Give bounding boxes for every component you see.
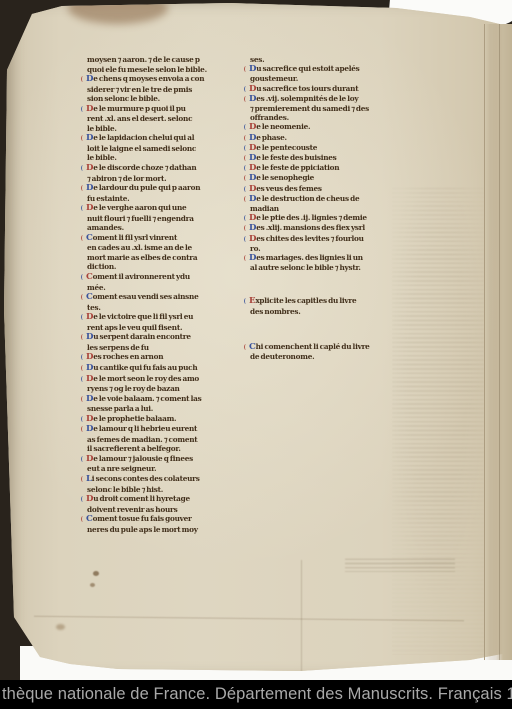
manuscript-line: fu estainte. [87,194,251,204]
manuscript-line: neres du pule aps le mort moy [87,525,251,535]
pen-flourish [81,294,85,300]
pen-flourish [81,476,85,482]
manuscript-line: ro. [250,244,394,253]
text-column-left: moysen ⁊ aaron. ⁊ de le cause pquoi ele … [87,55,251,534]
manuscript-line: Des chites des levites ⁊ fourlou [250,234,394,244]
colored-initial: D [249,153,256,163]
manuscript-line: Coment esau vendi ses ainsne [87,292,251,303]
pen-flourish [244,165,248,171]
pen-flourish [244,135,248,141]
colored-initial: D [86,352,93,362]
pen-flourish [81,516,85,522]
manuscript-line: sion selonc le bible. [87,94,251,104]
colored-initial: E [249,296,255,306]
manuscript-line: De le feste des buisines [250,153,394,163]
colored-initial: D [249,234,256,244]
manuscript-line: mort marie as elbes de contra [87,253,251,263]
pen-flourish [244,298,248,304]
pen-flourish [81,135,85,141]
colored-initial: D [249,94,256,104]
manuscript-line: Explicite les capitles du livre [250,296,394,306]
colored-initial: D [249,133,256,143]
manuscript-line: De le victoire que li fil ysrl eu [87,312,251,323]
colored-initial: C [86,514,93,524]
pen-flourish [244,155,248,161]
pen-flourish [81,76,85,82]
manuscript-line: siderer ⁊ vir en le tre de pmis [87,85,251,95]
colored-initial: D [86,133,93,143]
manuscript-line: madian [250,204,394,213]
text-block: ses.Du sacrefice qui estoit apelésgouste… [250,55,394,272]
manuscript-line: rent .xl. ans el desert. selonc [87,114,251,124]
manuscript-line: diction. [87,262,251,272]
manuscript-line: ses. [250,55,394,64]
manuscript-line: Du cantike qui fu fais au puch [87,363,251,374]
manuscript-line: snesse parla a lui. [87,404,251,414]
manuscript-line: moysen ⁊ aaron. ⁊ de le cause p [87,55,251,65]
pen-flourish [81,274,85,280]
pen-flourish [81,185,85,191]
pen-flourish [81,426,85,432]
colored-initial: D [249,194,256,204]
manuscript-line: mée. [87,283,251,293]
colored-initial: C [86,272,93,282]
manuscript-line: quoi ele fu mesele selon le bible. [87,65,251,75]
pen-flourish [81,396,85,402]
manuscript-line: De le mort seon le roy des amo [87,374,251,385]
colored-initial: L [86,474,92,484]
manuscript-line: Du sacrefice tos iours durant [250,84,394,94]
pen-flourish [81,416,85,422]
pen-flourish [81,106,85,112]
manuscript-line: ⁊ premierement du samedi ⁊ des [250,104,394,113]
manuscript-line: ⁊ abiron ⁊ de lor mort. [87,174,251,184]
caption-text: thèque nationale de France. Département … [0,685,512,704]
parchment-spot [93,571,99,576]
pen-flourish [244,124,248,130]
colored-initial: D [249,184,256,194]
manuscript-line: De lardour du pule qui p aaron [87,183,251,194]
colored-initial: D [249,122,256,132]
pen-flourish [244,66,248,72]
manuscript-line: De le prophetie balaam. [87,414,251,425]
parchment-spot [56,624,65,630]
manuscript-line: eut a nre seigneur. [87,464,251,474]
manuscript-line: Chi comenchent li caplé du livre [250,342,394,352]
manuscript-line: De phase. [250,133,394,143]
text-block: Explicite les capitles du livredes nombr… [250,296,394,315]
manuscript-line: De lamour q li hebrieu eurent [87,424,251,435]
colored-initial: D [86,414,93,424]
pen-flourish [244,225,248,231]
manuscript-line: Coment tosue fu fais gouver [87,514,251,525]
colored-initial: D [86,394,93,404]
manuscript-line: De le voie balaam. ⁊ coment las [87,394,251,405]
manuscript-line: De lamour ⁊ jalousie q finees [87,454,251,465]
manuscript-line: Des mariages. des lignies li un [250,253,394,263]
colored-initial: D [249,173,256,183]
pen-flourish [81,334,85,340]
manuscript-line: De le verghe aaron qui une [87,203,251,214]
colored-initial: D [86,183,93,193]
manuscript-line: Des roches en arnon [87,352,251,363]
colored-initial: D [249,223,256,233]
manuscript-line: offrandes. [250,113,394,122]
pen-flourish [81,376,85,382]
pen-flourish [244,255,248,261]
colored-initial: D [249,143,256,153]
manuscript-line: De le pentecouste [250,143,394,153]
pen-flourish [81,235,85,241]
parchment-page: moysen ⁊ aaron. ⁊ de le cause pquoi ele … [0,0,512,683]
pen-flourish [244,175,248,181]
manuscript-line: doivent revenir as hours [87,505,251,515]
pen-flourish [81,365,85,371]
manuscript-line: ryens ⁊ og le roy de bazan [87,384,251,394]
manuscript-line: De le ptie des .ij. lignies ⁊ demie [250,213,394,223]
pen-flourish [244,215,248,221]
colored-initial: D [249,84,256,94]
manuscript-line: Coment il avironnerent ydu [87,272,251,283]
manuscript-line: Du droit coment li hyretage [87,494,251,505]
manuscript-photo: moysen ⁊ aaron. ⁊ de le cause pquoi ele … [0,0,512,709]
colored-initial: D [86,163,93,173]
pen-flourish [81,456,85,462]
pen-flourish [244,196,248,202]
manuscript-line: Coment li fil ysrl vinrent [87,233,251,244]
manuscript-line: Du serpent darain encontre [87,332,251,343]
manuscript-line: De le lapidacion chelui qui al [87,133,251,144]
manuscript-line: De le destruction de cheus de [250,194,394,204]
parchment-stain [68,0,168,24]
manuscript-line: amandes. [87,223,251,233]
manuscript-line: le bible. [87,153,251,163]
pen-flourish [81,496,85,502]
manuscript-line: nuit flouri ⁊ fuelli ⁊ engendra [87,214,251,224]
colored-initial: D [249,213,256,223]
text-block: Chi comenchent li caplé du livrede deute… [250,342,394,361]
colored-initial: D [86,454,93,464]
colored-initial: D [86,203,93,213]
colored-initial: D [249,253,256,263]
manuscript-line: Li secons contes des colateurs [87,474,251,485]
pen-flourish [244,344,248,350]
colored-initial: D [86,104,93,114]
pen-flourish [81,354,85,360]
manuscript-line: de deuteronome. [250,352,394,361]
pen-flourish [244,145,248,151]
manuscript-line: il sacrefierent a belfegor. [87,444,251,454]
manuscript-line: des nombres. [250,307,394,316]
manuscript-line: De le neomenie. [250,122,394,132]
pen-flourish [244,186,248,192]
manuscript-line: as femes de madian. ⁊ coment [87,435,251,445]
manuscript-line: De le senophegie [250,173,394,183]
pen-flourish [81,205,85,211]
parchment-spot [90,583,95,587]
manuscript-line: Des veus des femes [250,184,394,194]
manuscript-line: Des .xlij. mansions des fiex ysrl [250,223,394,233]
pen-flourish [244,236,248,242]
manuscript-line: De le murmure p quoi il pu [87,104,251,115]
pen-flourish [81,165,85,171]
colored-initial: D [86,494,93,504]
manuscript-line: tes. [87,303,251,313]
manuscript-line: goustemeur. [250,74,394,83]
colored-initial: D [86,74,93,84]
colored-initial: D [249,64,256,74]
pen-flourish [244,86,248,92]
pen-flourish [81,314,85,320]
manuscript-line: De le feste de ppiciation [250,163,394,173]
colored-initial: D [86,374,93,384]
manuscript-line: rent aps le veu quil fisent. [87,323,251,333]
manuscript-line: De le discorde choze ⁊ dathan [87,163,251,174]
manuscript-line: loit le laigne el samedi selonc [87,144,251,154]
colored-initial: D [86,424,93,434]
caption-bar: thèque nationale de France. Département … [0,680,512,709]
manuscript-line: De chens q moyses envoia a con [87,74,251,85]
manuscript-line: Du sacrefice qui estoit apelés [250,64,394,74]
pen-flourish [244,96,248,102]
manuscript-line: le bible. [87,124,251,134]
colored-initial: C [86,233,93,243]
text-column-right: ses.Du sacrefice qui estoit apelésgouste… [250,55,394,361]
colored-initial: C [249,342,256,352]
verso-showthrough [345,556,455,572]
verso-showthrough [392,185,484,655]
parchment-crease [301,560,302,672]
colored-initial: C [86,292,93,302]
manuscript-line: selonc le bible ⁊ hist. [87,485,251,495]
colored-initial: D [249,163,256,173]
page-stack-fore-edge [484,24,512,660]
colored-initial: D [86,312,93,322]
manuscript-line: Des .vij. solempnités de le loy [250,94,394,104]
colored-initial: D [86,363,93,373]
manuscript-line: les serpens de fu [87,343,251,353]
manuscript-line: en cades au .xl. isme an de le [87,243,251,253]
manuscript-line: al autre selonc le bible ⁊ hystr. [250,263,394,272]
colored-initial: D [86,332,93,342]
